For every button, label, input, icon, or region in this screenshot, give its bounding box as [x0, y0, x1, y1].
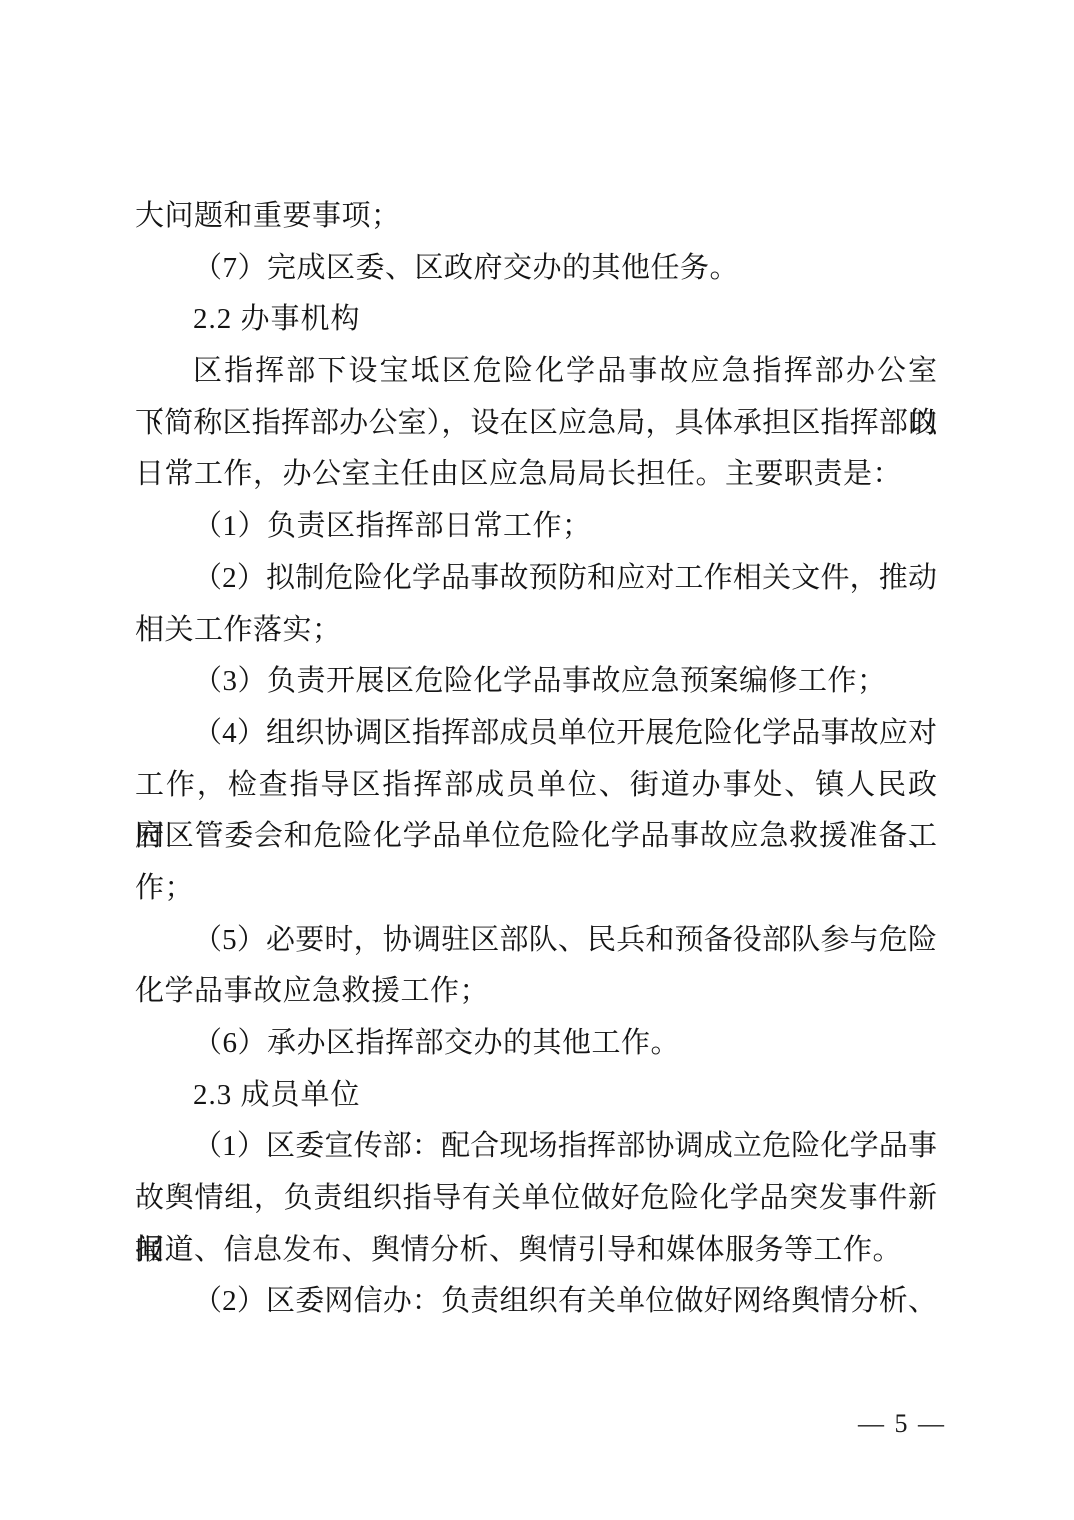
text-line: （1）区委宣传部：配合现场指挥部协调成立危险化学品事	[135, 1121, 937, 1173]
text-line: （2）拟制危险化学品事故预防和应对工作相关文件，推动	[135, 553, 937, 605]
text-line: 区指挥部下设宝坻区危险化学品事故应急指挥部办公室（以	[135, 346, 937, 398]
text-line: 日常工作，办公室主任由区应急局局长担任。主要职责是：	[135, 449, 937, 501]
text-line: 大问题和重要事项；	[135, 191, 937, 243]
text-line: （6）承办区指挥部交办的其他工作。	[135, 1018, 937, 1070]
text-line: （2）区委网信办：负责组织有关单位做好网络舆情分析、	[135, 1276, 937, 1328]
text-line: 化学品事故应急救援工作；	[135, 966, 937, 1018]
text-line: （7）完成区委、区政府交办的其他任务。	[135, 243, 937, 295]
text-line: 园区管委会和危险化学品单位危险化学品事故应急救援准备工	[135, 811, 937, 863]
page-number: — 5 —	[858, 1404, 946, 1444]
text-line: 相关工作落实；	[135, 605, 937, 657]
document-page: 大问题和重要事项；（7）完成区委、区政府交办的其他任务。2.2 办事机构区指挥部…	[0, 0, 1074, 1520]
text-line: （4）组织协调区指挥部成员单位开展危险化学品事故应对	[135, 708, 937, 760]
document-body: 大问题和重要事项；（7）完成区委、区政府交办的其他任务。2.2 办事机构区指挥部…	[135, 191, 937, 1328]
text-line: 下简称区指挥部办公室），设在区应急局，具体承担区指挥部的	[135, 398, 937, 450]
text-line: 故舆情组，负责组织指导有关单位做好危险化学品突发事件新闻	[135, 1173, 937, 1225]
section-heading: 2.2 办事机构	[135, 294, 937, 346]
text-line: （5）必要时，协调驻区部队、民兵和预备役部队参与危险	[135, 915, 937, 967]
text-line: （1）负责区指挥部日常工作；	[135, 501, 937, 553]
text-line: 作；	[135, 863, 937, 915]
section-heading: 2.3 成员单位	[135, 1070, 937, 1122]
text-line: （3）负责开展区危险化学品事故应急预案编修工作；	[135, 656, 937, 708]
text-line: 工作，检查指导区指挥部成员单位、街道办事处、镇人民政府、	[135, 760, 937, 812]
text-line: 报道、信息发布、舆情分析、舆情引导和媒体服务等工作。	[135, 1225, 937, 1277]
